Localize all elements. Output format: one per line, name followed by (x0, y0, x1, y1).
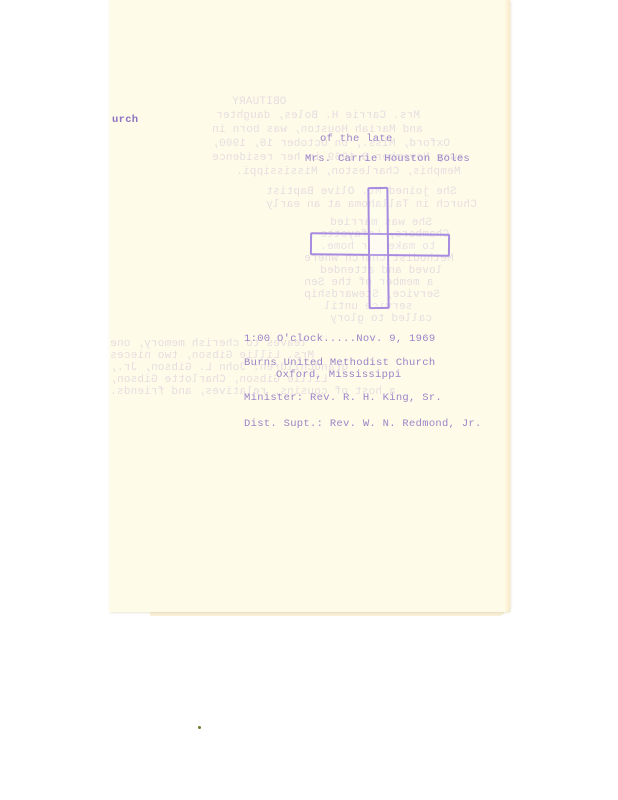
church-location: Oxford, Mississippi (276, 369, 401, 381)
header-fragment: urch (112, 114, 138, 126)
paper-sheet (109, 0, 510, 612)
scanned-document: OBITUARY Mrs. Carrie H. Boles, daughter … (0, 0, 618, 800)
show-through-line: Mrs. Carrie H. Boles, daughter (216, 110, 420, 122)
show-through-line: OBITUARY (232, 96, 286, 108)
cross-icon-center (370, 235, 385, 254)
service-time-date: 1:00 O'clock.....Nov. 9, 1969 (244, 333, 435, 345)
district-superintendent-line: Dist. Supt.: Rev. W. N. Redmond, Jr. (244, 418, 482, 430)
show-through-line: Memphis, Charleston, Mississippi. (236, 166, 460, 178)
church-name: Burns United Methodist Church (244, 357, 435, 369)
scan-speck (198, 726, 201, 729)
show-through-line: called to glory (330, 313, 432, 325)
of-the-late-label: of the late (320, 133, 393, 145)
minister-line: Minister: Rev. R. H. King, Sr. (244, 392, 442, 404)
deceased-name: Mrs. Carrie Houston Boles (305, 153, 470, 165)
show-through-line: She joined Mt. Olive Baptist (266, 186, 456, 198)
